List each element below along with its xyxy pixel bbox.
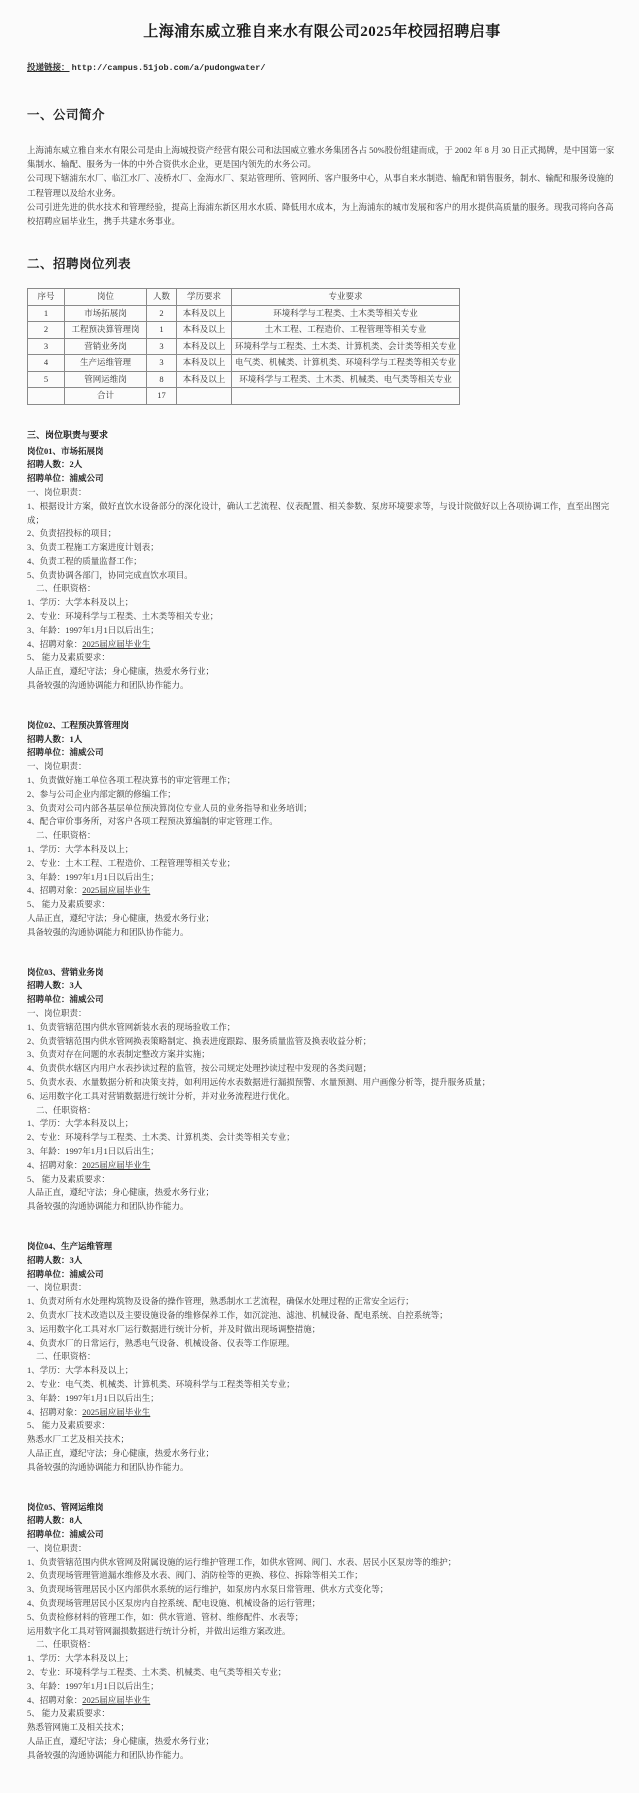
table-cell: 3 [28,338,65,355]
job-requirements-list: 人品正直，遵纪守法；身心健康，热爱水务行业；具备较强的沟通协调能力和团队协作能力… [27,665,617,693]
table-header-row: 序号 岗位 人数 学历要求 专业要求 [28,289,460,306]
job-requirements-list: 熟悉管网施工及相关技术；人品正直，遵纪守法；身心健康，热爱水务行业；具备较强的沟… [27,1721,617,1762]
duties-line: 4、配合审价事务所，对客户各项工程预决算编制的审定管理工作。 [27,815,617,829]
quals-line: 3、年龄：1997年1月1日以后出生； [27,1145,617,1159]
positions-table-body: 1市场拓展岗2本科及以上环境科学与工程类、土木类等相关专业2工程预决算管理岗1本… [28,305,460,404]
table-header-cell: 专业要求 [232,289,460,306]
duties-line: 3、负责工程施工方案进度计划表； [27,541,617,555]
table-row: 3营销业务岗3本科及以上环境科学与工程类、土木类、计算机类、会计类等相关专业 [28,338,460,355]
quals-line: 3、年龄：1997年1月1日以后出生； [27,624,617,638]
job-quals-heading: 二、任职资格： [27,1350,617,1364]
table-cell: 本科及以上 [177,305,232,322]
job-target-prefix: 4、招聘对象： [27,1407,82,1417]
job-target-prefix: 4、招聘对象： [27,1160,82,1170]
positions-table: 序号 岗位 人数 学历要求 专业要求 1市场拓展岗2本科及以上环境科学与工程类、… [27,288,460,405]
job-unit: 招聘单位：浦威公司 [27,1528,617,1542]
duties-line: 1、负责对所有水处理构筑物及设备的操作管理，熟悉制水工艺流程，确保水处理过程的正… [27,1295,617,1309]
table-row: 4生产运维管理3本科及以上电气类、机械类、计算机类、环境科学与工程类等相关专业 [28,355,460,372]
job-title: 岗位02、工程预决算管理岗 [27,719,617,733]
job-duties-list: 1、根据设计方案，做好直饮水设备部分的深化设计，确认工艺流程、仪表配置、相关参数… [27,500,617,583]
job-quals-list: 1、学历：大学本科及以上；2、专业：环境科学与工程类、土木类、计算机类、会计类等… [27,1117,617,1158]
table-cell: 工程预决算管理岗 [65,322,147,339]
quals-line: 1、学历：大学本科及以上； [27,596,617,610]
job-target-line: 4、招聘对象：2025届应届毕业生 [27,1406,617,1420]
page-title: 上海浦东威立雅自来水有限公司2025年校园招聘启事 [27,20,617,41]
table-header-cell: 学历要求 [177,289,232,306]
job-section: 岗位01、市场拓展岗 招聘人数：2人 招聘单位：浦威公司 一、岗位职责： 1、根… [27,445,617,693]
job-target-value: 2025届应届毕业生 [82,1695,150,1705]
table-cell: 环境科学与工程类、土木类等相关专业 [232,305,460,322]
duties-line: 4、负责供水辖区内用户水表抄读过程的监管，按公司规定处理抄读过程中发现的各类问题… [27,1062,617,1076]
table-cell: 生产运维管理 [65,355,147,372]
apply-link-line: 投递链接： http://campus.51job.com/a/pudongwa… [27,61,617,75]
job-section: 岗位04、生产运维管理 招聘人数：3人 招聘单位：浦威公司 一、岗位职责： 1、… [27,1240,617,1475]
duties-line: 2、参与公司企业内部定额的修编工作； [27,788,617,802]
table-cell: 2 [28,322,65,339]
table-cell: 本科及以上 [177,355,232,372]
job-section: 岗位02、工程预决算管理岗 招聘人数：1人 招聘单位：浦威公司 一、岗位职责： … [27,719,617,940]
job-duties-heading: 一、岗位职责： [27,760,617,774]
requirements-line: 熟悉水厂工艺及相关技术； [27,1433,617,1447]
apply-link-url[interactable]: http://campus.51job.com/a/pudongwater/ [72,63,266,73]
job-quals-heading: 二、任职资格： [27,582,617,596]
duties-line: 5、负责协调各部门，协同完成直饮水项目。 [27,569,617,583]
job-target-prefix: 4、招聘对象： [27,639,82,649]
quals-line: 3、年龄：1997年1月1日以后出生； [27,1680,617,1694]
job-quals-heading: 二、任职资格： [27,1638,617,1652]
duties-line: 1、负责管辖范围内供水管网及附属设施的运行维护管理工作，如供水管网、阀门、水表、… [27,1556,617,1570]
job-target-line: 4、招聘对象：2025届应届毕业生 [27,1159,617,1173]
duties-line: 1、负责管辖范围内供水管网新装水表的现场验收工作； [27,1021,617,1035]
quals-line: 1、学历：大学本科及以上； [27,1652,617,1666]
quals-line: 2、专业：环境科学与工程类、土木类、机械类、电气类等相关专业； [27,1666,617,1680]
job-headcount: 招聘人数：1人 [27,733,617,747]
duties-line: 6、运用数字化工具对营销数据进行统计分析，并对业务流程进行优化。 [27,1090,617,1104]
table-cell: 土木工程、工程造价、工程管理等相关专业 [232,322,460,339]
quals-line: 1、学历：大学本科及以上； [27,843,617,857]
duties-line: 4、负责现场管理居民小区泵房内自控系统、配电设施、机械设备的运行管理； [27,1597,617,1611]
job-title: 岗位04、生产运维管理 [27,1240,617,1254]
job-quals-list: 1、学历：大学本科及以上；2、专业：土木工程、工程造价、工程管理等相关专业；3、… [27,843,617,884]
requirements-line: 人品正直，遵纪守法；身心健康，热爱水务行业； [27,1447,617,1461]
job-headcount: 招聘人数：3人 [27,1254,617,1268]
duties-line: 运用数字化工具对管网漏损数据进行统计分析，并做出运维方案改进。 [27,1625,617,1639]
job-unit: 招聘单位：浦威公司 [27,746,617,760]
duties-line: 5、负责检修材料的管理工作，如：供水管道、管材、维修配件、水表等； [27,1611,617,1625]
quals-line: 2、专业：电气类、机械类、计算机类、环境科学与工程类等相关专业； [27,1378,617,1392]
duties-line: 1、负责做好施工单位各项工程决算书的审定管理工作； [27,774,617,788]
job-headcount: 招聘人数：8人 [27,1514,617,1528]
table-cell [232,388,460,405]
table-header-cell: 序号 [28,289,65,306]
job-quals-heading: 二、任职资格： [27,829,617,843]
table-row: 1市场拓展岗2本科及以上环境科学与工程类、土木类等相关专业 [28,305,460,322]
job-quals-list: 1、学历：大学本科及以上；2、专业：环境科学与工程类、土木类、机械类、电气类等相… [27,1652,617,1693]
table-cell: 2 [147,305,177,322]
requirements-line: 人品正直，遵纪守法；身心健康，热爱水务行业； [27,665,617,679]
requirements-line: 具备较强的沟通协调能力和团队协作能力。 [27,679,617,693]
duties-line: 5、负责水表、水量数据分析和决策支持，如利用远传水表数据进行漏损预警、水量预测、… [27,1076,617,1090]
requirements-line: 人品正直，遵纪守法；身心健康，热爱水务行业； [27,1735,617,1749]
requirements-line: 具备较强的沟通协调能力和团队协作能力。 [27,1200,617,1214]
job-duties-heading: 一、岗位职责： [27,1281,617,1295]
job-duties-list: 1、负责管辖范围内供水管网及附属设施的运行维护管理工作，如供水管网、阀门、水表、… [27,1556,617,1639]
job-ability-heading: 5、 能力及素质要求： [27,1173,617,1187]
job-duties-heading: 一、岗位职责： [27,486,617,500]
requirements-line: 具备较强的沟通协调能力和团队协作能力。 [27,1749,617,1763]
duties-line: 2、负责招投标的项目； [27,527,617,541]
job-ability-heading: 5、 能力及素质要求： [27,898,617,912]
job-section: 岗位05、管网运维岗 招聘人数：8人 招聘单位：浦威公司 一、岗位职责： 1、负… [27,1501,617,1763]
quals-line: 3、年龄：1997年1月1日以后出生； [27,871,617,885]
quals-line: 2、专业：环境科学与工程类、土木类、计算机类、会计类等相关专业； [27,1131,617,1145]
job-target-value: 2025届应届毕业生 [82,1160,150,1170]
duties-line: 4、负责水厂的日常运行，熟悉电气设备、机械设备、仪表等工作原理。 [27,1337,617,1351]
company-intro-paragraph: 上海浦东威立雅自来水有限公司是由上海城投资产经营有限公司和法国威立雅水务集团各占… [27,143,617,171]
apply-link-label: 投递链接： [27,62,70,72]
table-cell: 8 [147,371,177,388]
section-duties-heading: 三、岗位职责与要求 [27,429,617,443]
job-target-value: 2025届应届毕业生 [82,639,150,649]
duties-line: 4、负责工程的质量监督工作； [27,555,617,569]
duties-line: 3、运用数字化工具对水厂运行数据进行统计分析，并及时做出现场调整措施； [27,1323,617,1337]
quals-line: 3、年龄：1997年1月1日以后出生； [27,1392,617,1406]
job-target-line: 4、招聘对象：2025届应届毕业生 [27,1694,617,1708]
job-duties-list: 1、负责管辖范围内供水管网新装水表的现场验收工作；2、负责管辖范围内供水管网换表… [27,1021,617,1104]
requirements-line: 人品正直，遵纪守法；身心健康，热爱水务行业； [27,912,617,926]
table-cell: 本科及以上 [177,371,232,388]
job-target-prefix: 4、招聘对象： [27,1695,82,1705]
table-cell: 本科及以上 [177,322,232,339]
table-cell [177,388,232,405]
job-headcount: 招聘人数：2人 [27,458,617,472]
job-ability-heading: 5、 能力及素质要求： [27,1419,617,1433]
requirements-line: 熟悉管网施工及相关技术； [27,1721,617,1735]
job-target-value: 2025届应届毕业生 [82,885,150,895]
table-cell: 4 [28,355,65,372]
table-cell: 环境科学与工程类、土木类、计算机类、会计类等相关专业 [232,338,460,355]
table-cell: 3 [147,355,177,372]
table-cell: 5 [28,371,65,388]
company-intro-paragraph: 公司现下辖浦东水厂、临江水厂、凌桥水厂、金海水厂、泵站管理所、管网所、客户服务中… [27,171,617,199]
table-cell: 1 [28,305,65,322]
job-title: 岗位01、市场拓展岗 [27,445,617,459]
job-quals-heading: 二、任职资格： [27,1104,617,1118]
table-cell: 17 [147,388,177,405]
job-quals-list: 1、学历：大学本科及以上；2、专业：环境科学与工程类、土木类等相关专业；3、年龄… [27,596,617,637]
table-cell: 1 [147,322,177,339]
table-cell: 电气类、机械类、计算机类、环境科学与工程类等相关专业 [232,355,460,372]
job-ability-heading: 5、 能力及素质要求： [27,1707,617,1721]
table-cell [28,388,65,405]
requirements-line: 具备较强的沟通协调能力和团队协作能力。 [27,1461,617,1475]
table-header-cell: 岗位 [65,289,147,306]
job-duties-heading: 一、岗位职责： [27,1007,617,1021]
duties-line: 2、负责管辖范围内供水管网换表策略制定、换表进度跟踪、服务质量监管及换表收益分析… [27,1035,617,1049]
job-target-line: 4、招聘对象：2025届应届毕业生 [27,884,617,898]
duties-line: 2、负责水厂技术改造以及主要设施设备的维修保养工作，如沉淀池、滤池、机械设备、配… [27,1309,617,1323]
job-duties-list: 1、负责做好施工单位各项工程决算书的审定管理工作；2、参与公司企业内部定额的修编… [27,774,617,829]
quals-line: 2、专业：土木工程、工程造价、工程管理等相关专业； [27,857,617,871]
requirements-line: 具备较强的沟通协调能力和团队协作能力。 [27,926,617,940]
company-intro-paragraph: 公司引进先进的供水技术和管理经验，提高上海浦东新区用水水质、降低用水成本，为上海… [27,200,617,228]
table-cell: 本科及以上 [177,338,232,355]
table-row: 5管网运维岗8本科及以上环境科学与工程类、土木类、机械类、电气类等相关专业 [28,371,460,388]
job-unit: 招聘单位：浦威公司 [27,472,617,486]
table-header-cell: 人数 [147,289,177,306]
table-cell: 营销业务岗 [65,338,147,355]
job-target-prefix: 4、招聘对象： [27,885,82,895]
duties-line: 1、根据设计方案，做好直饮水设备部分的深化设计，确认工艺流程、仪表配置、相关参数… [27,500,617,528]
job-unit: 招聘单位：浦威公司 [27,1268,617,1282]
table-cell: 合计 [65,388,147,405]
duties-line: 3、负责对公司内部各基层单位预决算岗位专业人员的业务指导和业务培训； [27,802,617,816]
section-company-heading: 一、公司简介 [27,105,617,123]
job-duties-heading: 一、岗位职责： [27,1542,617,1556]
job-title: 岗位05、管网运维岗 [27,1501,617,1515]
jobs-container: 岗位01、市场拓展岗 招聘人数：2人 招聘单位：浦威公司 一、岗位职责： 1、根… [27,445,617,1763]
company-intro: 上海浦东威立雅自来水有限公司是由上海城投资产经营有限公司和法国威立雅水务集团各占… [27,143,617,228]
table-cell: 环境科学与工程类、土木类、机械类、电气类等相关专业 [232,371,460,388]
job-requirements-list: 人品正直，遵纪守法；身心健康，热爱水务行业；具备较强的沟通协调能力和团队协作能力… [27,1186,617,1214]
quals-line: 1、学历：大学本科及以上； [27,1364,617,1378]
job-title: 岗位03、营销业务岗 [27,966,617,980]
job-requirements-list: 熟悉水厂工艺及相关技术；人品正直，遵纪守法；身心健康，热爱水务行业；具备较强的沟… [27,1433,617,1474]
duties-line: 2、负责现场管理管道漏水维修及水表、阀门、消防栓等的更换、移位、拆除等相关工作； [27,1569,617,1583]
document-page: 上海浦东威立雅自来水有限公司2025年校园招聘启事 投递链接： http://c… [0,0,639,1793]
quals-line: 1、学历：大学本科及以上； [27,1117,617,1131]
table-cell: 市场拓展岗 [65,305,147,322]
duties-line: 3、负责对存在问题的水表制定整改方案并实施； [27,1048,617,1062]
section-positions-heading: 二、招聘岗位列表 [27,254,617,272]
job-ability-heading: 5、 能力及素质要求： [27,651,617,665]
table-row: 合计17 [28,388,460,405]
job-section: 岗位03、营销业务岗 招聘人数：3人 招聘单位：浦威公司 一、岗位职责： 1、负… [27,966,617,1214]
table-row: 2工程预决算管理岗1本科及以上土木工程、工程造价、工程管理等相关专业 [28,322,460,339]
job-target-value: 2025届应届毕业生 [82,1407,150,1417]
job-duties-list: 1、负责对所有水处理构筑物及设备的操作管理，熟悉制水工艺流程，确保水处理过程的正… [27,1295,617,1350]
job-requirements-list: 人品正直，遵纪守法；身心健康，热爱水务行业；具备较强的沟通协调能力和团队协作能力… [27,912,617,940]
requirements-line: 人品正直，遵纪守法；身心健康，热爱水务行业； [27,1186,617,1200]
job-unit: 招聘单位：浦威公司 [27,993,617,1007]
table-cell: 3 [147,338,177,355]
table-cell: 管网运维岗 [65,371,147,388]
job-quals-list: 1、学历：大学本科及以上；2、专业：电气类、机械类、计算机类、环境科学与工程类等… [27,1364,617,1405]
quals-line: 2、专业：环境科学与工程类、土木类等相关专业； [27,610,617,624]
job-target-line: 4、招聘对象：2025届应届毕业生 [27,638,617,652]
duties-line: 3、负责现场管理居民小区内部供水系统的运行维护，如泵房内水泵日常管理、供水方式变… [27,1583,617,1597]
job-headcount: 招聘人数：3人 [27,979,617,993]
